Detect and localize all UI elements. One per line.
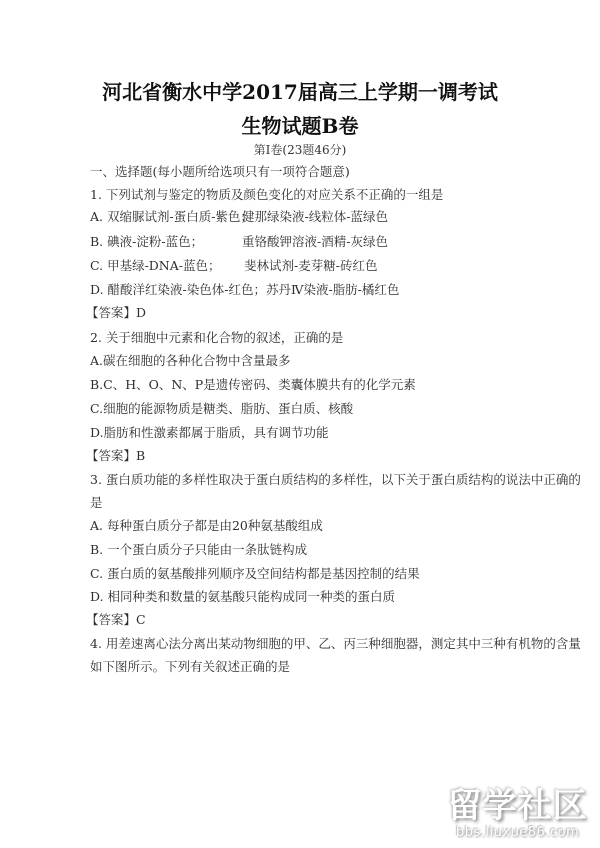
option-a-right: 健那绿染液-线粒体-蓝绿色 (242, 209, 388, 225)
question-2-option-b: B.C、H、O、N、P是遗传密码、类囊体膜共有的化学元素 (90, 377, 416, 393)
option-a-left: A. 双缩脲试剂-蛋白质-紫色； (90, 209, 253, 224)
question-3-option-c: C. 蛋白质的氨基酸排列顺序及空间结构都是基因控制的结果 (90, 566, 420, 582)
question-3-stem: 3. 蛋白质功能的多样性取决于蛋白质结构的多样性，以下关于蛋白质结构的说法中正确… (90, 472, 581, 488)
question-3-option-d: D. 相同种类和数量的氨基酸只能构成同一种类的蛋白质 (90, 589, 395, 605)
question-1-answer: 【答案】D (86, 305, 146, 321)
question-1-stem: 1. 下列试剂与鉴定的物质及颜色变化的对应关系不正确的一组是 (90, 187, 443, 203)
exam-page: 河北省衡水中学2017届高三上学期一调考试 生物试题B卷 第Ⅰ卷(23题46分)… (0, 0, 600, 848)
question-1-option-b: B. 碘液-淀粉-蓝色； 重铬酸钾溶液-酒精-灰绿色 (90, 234, 203, 250)
question-2-option-c: C.细胞的能源物质是糖类、脂肪、蛋白质、核酸 (90, 401, 353, 417)
question-3-option-b: B. 一个蛋白质分子只能由一条肽链构成 (90, 542, 307, 558)
question-3-answer: 【答案】C (86, 612, 146, 628)
question-2-stem: 2. 关于细胞中元素和化合物的叙述，正确的是 (90, 330, 343, 346)
option-b-left: B. 碘液-淀粉-蓝色； (90, 234, 203, 249)
question-4-stem: 4. 用差速离心法分离出某动物细胞的甲、乙、丙三种细胞器，测定其中三种有机物的含… (90, 636, 581, 652)
question-1-option-a: A. 双缩脲试剂-蛋白质-紫色； 健那绿染液-线粒体-蓝绿色 (90, 209, 253, 225)
question-1-option-c: C. 甲基绿-DNA-蓝色； 斐林试剂-麦芽糖-砖红色 (90, 258, 221, 274)
question-4-stem-cont: 如下图所示。下列有关叙述正确的是 (90, 659, 290, 675)
watermark: 留学社区 bbs.liuxue86.com (440, 786, 595, 846)
question-3-option-a: A. 每种蛋白质分子都是由20种氨基酸组成 (90, 518, 323, 534)
part-label: 第Ⅰ卷(23题46分) (0, 141, 600, 158)
question-2-option-a: A.碳在细胞的各种化合物中含量最多 (90, 353, 291, 369)
watermark-url: bbs.liuxue86.com (440, 826, 595, 840)
question-2-answer: 【答案】B (86, 448, 145, 464)
exam-subtitle: 生物试题B卷 (0, 110, 600, 139)
option-c-right: 斐林试剂-麦芽糖-砖红色 (244, 258, 377, 274)
exam-title: 河北省衡水中学2017届高三上学期一调考试 (0, 76, 600, 105)
question-1-option-d: D. 醋酸洋红染液-染色体-红色；苏丹Ⅳ染液-脂肪-橘红色 (90, 282, 399, 298)
option-b-right: 重铬酸钾溶液-酒精-灰绿色 (242, 234, 388, 250)
section-heading: 一、选择题(每小题所给选项只有一项符合题意) (90, 164, 350, 180)
watermark-brand: 留学社区 (440, 786, 595, 826)
question-3-stem-cont: 是 (90, 495, 103, 511)
question-2-option-d: D.脂肪和性激素都属于脂质，具有调节功能 (90, 425, 329, 441)
option-c-left: C. 甲基绿-DNA-蓝色； (90, 258, 221, 273)
